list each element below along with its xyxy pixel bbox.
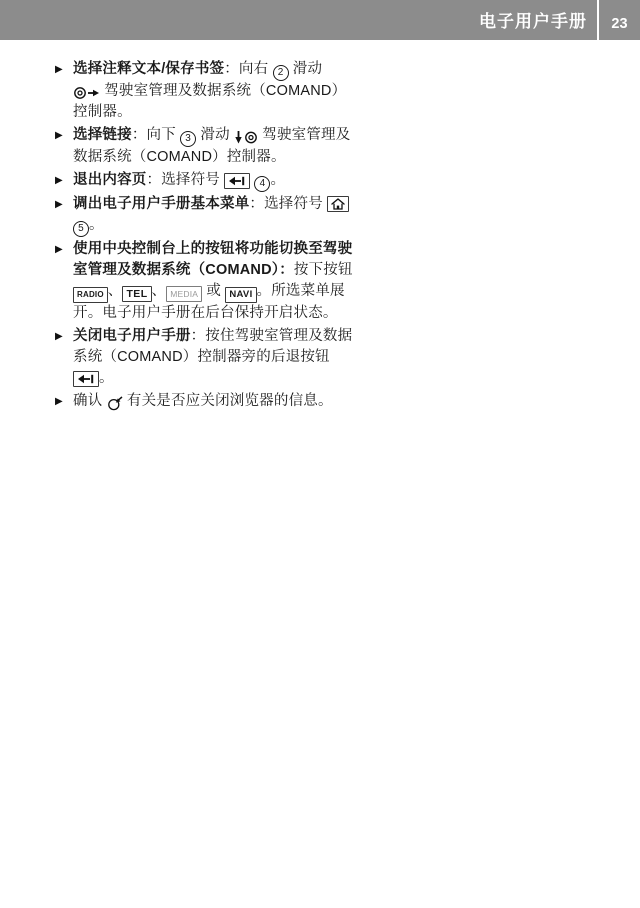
page-header: 电子用户手册 23	[0, 0, 640, 40]
instruction-item: ▶调出电子用户手册基本菜单：选择符号 5。	[55, 194, 353, 237]
instructions-section: ▶选择注释文本/保存书签：向右 2 滑动 驾驶室管理及数据系统（COMAND）控…	[0, 40, 640, 412]
manual-page: 电子用户手册 23 ▶选择注释文本/保存书签：向右 2 滑动 驾驶室管理及数据系…	[0, 0, 640, 908]
instruction-text: 选择链接：向下 3 滑动 驾驶室管理及数据系统（COMAND）控制器。	[73, 125, 353, 168]
back-key	[73, 371, 99, 387]
home-key	[327, 196, 349, 212]
instruction-bold-text: 退出内容页	[73, 172, 147, 188]
page-number: 23	[599, 16, 640, 40]
bullet-marker: ▶	[55, 194, 73, 237]
callout-number-3: 3	[180, 131, 196, 147]
instruction-plain-text: 滑动	[196, 127, 234, 143]
instruction-plain-text: ：选择符号	[249, 196, 327, 212]
bullet-marker: ▶	[55, 239, 73, 324]
instruction-plain-text: 驾驶室管理及数据系统（COMAND）控制器。	[73, 83, 346, 120]
back-arrow-icon	[228, 176, 246, 186]
instruction-bold-text: 调出电子用户手册基本菜单	[73, 196, 249, 212]
instruction-plain-text: ：向右	[224, 61, 272, 77]
instruction-plain-text: 。	[89, 217, 104, 233]
instruction-plain-text: ：向下	[132, 127, 180, 143]
instruction-bold-text: 选择注释文本/保存书签	[73, 61, 224, 77]
controller-slide-down-icon	[234, 130, 258, 145]
instruction-plain-text: 滑动	[289, 61, 323, 77]
instruction-plain-text: 、	[108, 283, 123, 299]
back-arrow-icon	[77, 374, 95, 384]
press-controller-icon	[107, 396, 123, 411]
page-title: 电子用户手册	[479, 7, 597, 40]
bullet-list: ▶选择注释文本/保存书签：向右 2 滑动 驾驶室管理及数据系统（COMAND）控…	[55, 59, 353, 412]
instruction-item: ▶选择链接：向下 3 滑动 驾驶室管理及数据系统（COMAND）控制器。	[55, 125, 353, 168]
instruction-item: ▶退出内容页：选择符号 4。	[55, 170, 353, 192]
back-key	[224, 173, 250, 189]
instruction-text: 选择注释文本/保存书签：向右 2 滑动 驾驶室管理及数据系统（COMAND）控制…	[73, 59, 353, 123]
bullet-marker: ▶	[55, 391, 73, 412]
bullet-marker: ▶	[55, 125, 73, 168]
instruction-text: 确认 有关是否应关闭浏览器的信息。	[73, 391, 353, 412]
instruction-bold-text: 选择链接	[73, 127, 132, 143]
instruction-text: 关闭电子用户手册：按住驾驶室管理及数据系统（COMAND）控制器旁的后退按钮 。	[73, 326, 353, 389]
instruction-item: ▶确认 有关是否应关闭浏览器的信息。	[55, 391, 353, 412]
instruction-text: 退出内容页：选择符号 4。	[73, 170, 353, 192]
instruction-plain-text: 。	[99, 370, 114, 386]
instruction-plain-text: 。	[270, 172, 285, 188]
instruction-bold-text: 关闭电子用户手册	[73, 328, 191, 344]
instruction-plain-text: 、	[152, 283, 167, 299]
controller-slide-right-icon	[73, 86, 100, 101]
instruction-item: ▶关闭电子用户手册：按住驾驶室管理及数据系统（COMAND）控制器旁的后退按钮 …	[55, 326, 353, 389]
instruction-plain-text: 或	[202, 283, 225, 299]
instruction-plain-text: 有关是否应关闭浏览器的信息。	[123, 393, 333, 409]
instruction-plain-text: 确认	[73, 393, 107, 409]
home-icon	[331, 198, 345, 210]
instruction-item: ▶选择注释文本/保存书签：向右 2 滑动 驾驶室管理及数据系统（COMAND）控…	[55, 59, 353, 123]
bullet-marker: ▶	[55, 170, 73, 192]
bullet-marker: ▶	[55, 326, 73, 389]
callout-number-4: 4	[254, 176, 270, 192]
callout-number-2: 2	[273, 65, 289, 81]
navi-key: NAVI	[225, 287, 256, 303]
instruction-plain-text: 按下按钮	[294, 262, 353, 278]
instruction-text: 使用中央控制台上的按钮将功能切换至驾驶室管理及数据系统（COMAND）：按下按钮…	[73, 239, 353, 324]
tel-key: TEL	[122, 286, 151, 302]
radio-key: RADIO	[73, 287, 108, 303]
instruction-item: ▶使用中央控制台上的按钮将功能切换至驾驶室管理及数据系统（COMAND）：按下按…	[55, 239, 353, 324]
bullet-marker: ▶	[55, 59, 73, 123]
instruction-text: 调出电子用户手册基本菜单：选择符号 5。	[73, 194, 353, 237]
media-key: MEDIA	[166, 286, 202, 302]
callout-number-5: 5	[73, 221, 89, 237]
instruction-plain-text: ：选择符号	[147, 172, 225, 188]
